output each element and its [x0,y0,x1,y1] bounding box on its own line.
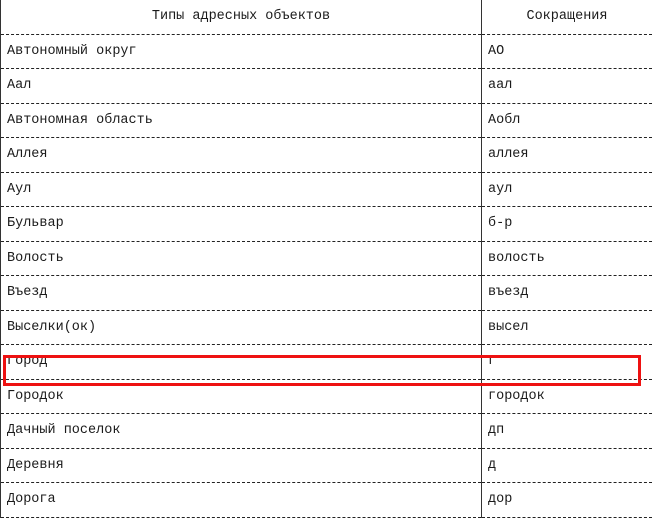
table-row: Въезд въезд [1,276,652,311]
cell-abbreviation: аул [482,172,652,207]
header-abbreviation: Сокращения [482,0,652,34]
table-row: Аал аал [1,69,652,104]
table-row: Автономный округ АО [1,34,652,69]
cell-address-type: Бульвар [1,207,482,242]
cell-address-type: Выселки(ок) [1,310,482,345]
table-row: Аллея аллея [1,138,652,173]
table-body: Автономный округ АО Аал аал Автономная о… [1,34,652,517]
table-row: Автономная область Аобл [1,103,652,138]
cell-abbreviation: аал [482,69,652,104]
cell-address-type: Аллея [1,138,482,173]
cell-address-type: Дорога [1,483,482,518]
cell-abbreviation: аллея [482,138,652,173]
cell-abbreviation: дп [482,414,652,449]
table-row: Волость волость [1,241,652,276]
table-row: Аул аул [1,172,652,207]
table-row: Выселки(ок) высел [1,310,652,345]
table-row: Дачный поселок дп [1,414,652,449]
table-row: Городок городок [1,379,652,414]
cell-abbreviation: волость [482,241,652,276]
cell-abbreviation: высел [482,310,652,345]
cell-address-type: Автономный округ [1,34,482,69]
cell-address-type: Аал [1,69,482,104]
address-types-table: Типы адресных объектов Сокращения Автоно… [0,0,652,518]
table-row: Дорога дор [1,483,652,518]
cell-address-type: Волость [1,241,482,276]
cell-abbreviation: б-р [482,207,652,242]
cell-abbreviation: АО [482,34,652,69]
cell-address-type: Город [1,345,482,380]
table-row: Бульвар б-р [1,207,652,242]
cell-abbreviation: Аобл [482,103,652,138]
table-row: Деревня д [1,448,652,483]
table-header-row: Типы адресных объектов Сокращения [1,0,652,34]
cell-abbreviation: г [482,345,652,380]
cell-abbreviation: д [482,448,652,483]
cell-address-type: Автономная область [1,103,482,138]
cell-address-type: Въезд [1,276,482,311]
table-row-highlighted: Город г [1,345,652,380]
cell-address-type: Дачный поселок [1,414,482,449]
cell-abbreviation: въезд [482,276,652,311]
cell-abbreviation: городок [482,379,652,414]
cell-abbreviation: дор [482,483,652,518]
cell-address-type: Деревня [1,448,482,483]
cell-address-type: Аул [1,172,482,207]
cell-address-type: Городок [1,379,482,414]
header-address-type: Типы адресных объектов [1,0,482,34]
